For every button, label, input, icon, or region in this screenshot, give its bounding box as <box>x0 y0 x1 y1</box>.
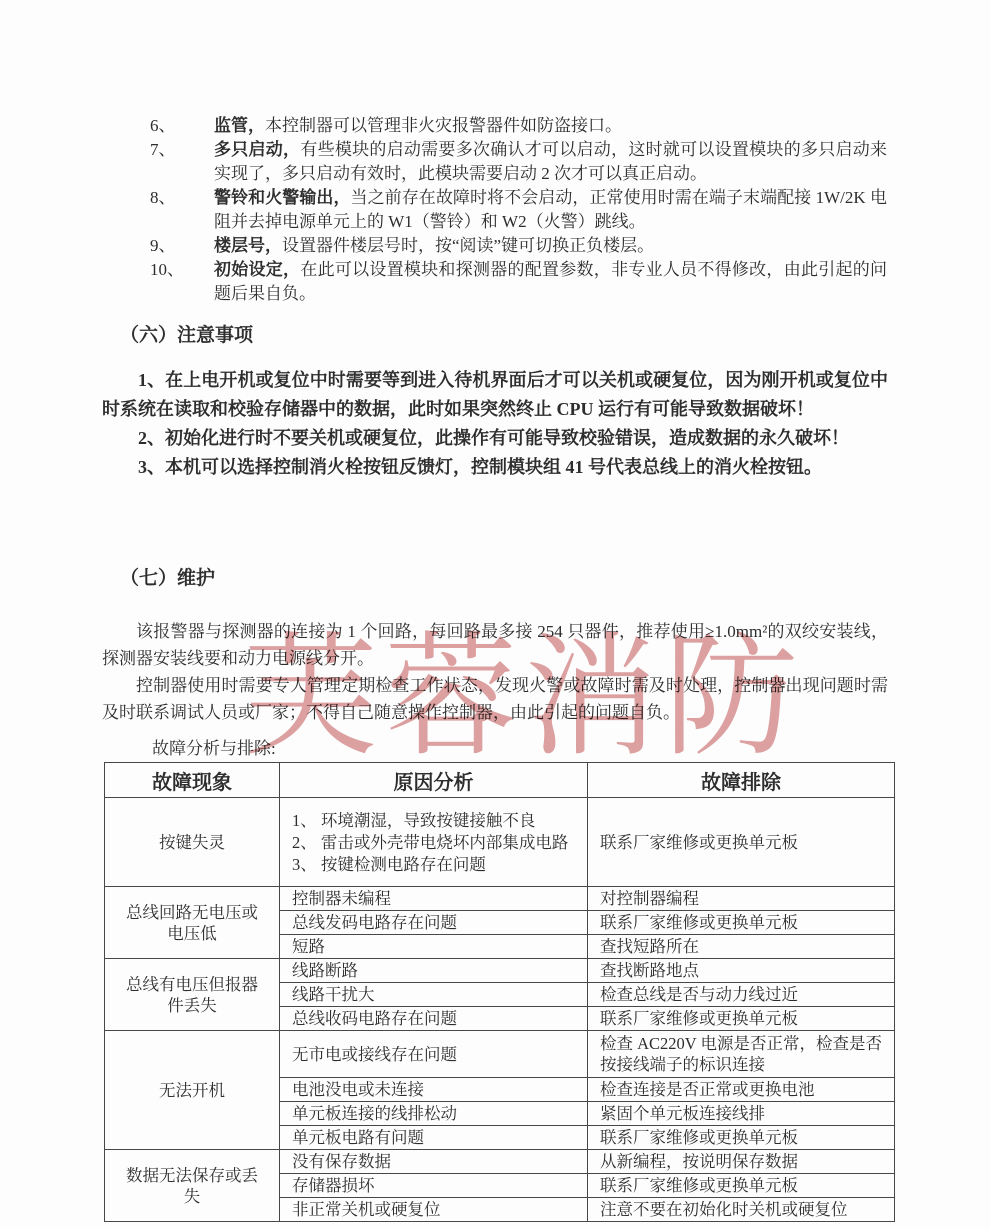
list-item: 9、楼层号，设置器件楼层号时，按“阅读”键可切换正负楼层。 <box>150 234 887 258</box>
note-paragraph: 3、本机可以选择控制消火栓按钮反馈灯，控制模块组 41 号代表总线上的消火栓按钮… <box>102 453 888 482</box>
list-item-number: 8、 <box>150 186 214 234</box>
column-header: 故障排除 <box>588 763 895 798</box>
column-header: 原因分析 <box>280 763 588 798</box>
cause-line: 2、 雷击或外壳带电烧坏内部集成电路 <box>292 832 579 853</box>
list-item-text: 楼层号，设置器件楼层号时，按“阅读”键可切换正负楼层。 <box>214 234 887 258</box>
list-item-term: 初始设定， <box>214 260 300 279</box>
remedy-cell: 紧固个单元板连接线排 <box>588 1102 895 1126</box>
list-item-text: 警铃和火警输出，当之前存在故障时将不会启动，正常使用时需在端子末端配接 1W/2… <box>214 186 887 234</box>
list-item-term: 警铃和火警输出， <box>214 188 351 207</box>
column-header: 故障现象 <box>105 763 280 798</box>
table-row: 无法开机无市电或接线存在问题检查 AC220V 电源是否正常，检查是否按接线端子… <box>105 1031 895 1078</box>
list-item-number: 6、 <box>150 114 214 138</box>
symptom-cell: 总线有电压但报器件丢失 <box>105 959 280 1031</box>
remedy-cell: 注意不要在初始化时关机或硬复位 <box>588 1198 895 1222</box>
cause-cell: 存储器损坏 <box>280 1174 588 1198</box>
list-item: 6、监管，本控制器可以管理非火灾报警器件如防盗接口。 <box>150 114 887 138</box>
remedy-cell: 检查连接是否正常或更换电池 <box>588 1078 895 1102</box>
list-item-number: 7、 <box>150 138 214 186</box>
numbered-feature-list: 6、监管，本控制器可以管理非火灾报警器件如防盗接口。7、多只启动，有些模块的启动… <box>150 114 887 306</box>
remedy-cell: 从新编程，按说明保存数据 <box>588 1150 895 1174</box>
cause-cell: 总线发码电路存在问题 <box>280 911 588 935</box>
symptom-cell: 总线回路无电压或电压低 <box>105 887 280 959</box>
notes-block: 1、在上电开机或复位中时需要等到进入待机界面后才可以关机或硬复位，因为刚开机或复… <box>102 366 888 482</box>
cause-cell: 线路干扰大 <box>280 983 588 1007</box>
cause-cell: 非正常关机或硬复位 <box>280 1198 588 1222</box>
list-item-term: 多只启动， <box>214 140 300 159</box>
table-row: 总线有电压但报器件丢失线路断路查找断路地点 <box>105 959 895 983</box>
list-item-number: 10、 <box>150 258 214 306</box>
list-item-text: 多只启动，有些模块的启动需要多次确认才可以启动，这时就可以设置模块的多只启动来实… <box>214 138 887 186</box>
symptom-cell: 数据无法保存或丢失 <box>105 1150 280 1222</box>
cause-cell: 无市电或接线存在问题 <box>280 1031 588 1078</box>
cause-cell: 1、 环境潮湿，导致按键接触不良2、 雷击或外壳带电烧坏内部集成电路3、 按键检… <box>280 798 588 887</box>
cause-line: 1、 环境潮湿，导致按键接触不良 <box>292 810 579 831</box>
list-item: 7、多只启动，有些模块的启动需要多次确认才可以启动，这时就可以设置模块的多只启动… <box>150 138 887 186</box>
remedy-cell: 查找短路所在 <box>588 935 895 959</box>
section-heading-notes: （六）注意事项 <box>120 320 253 347</box>
list-item: 8、警铃和火警输出，当之前存在故障时将不会启动，正常使用时需在端子末端配接 1W… <box>150 186 887 234</box>
remedy-cell: 检查总线是否与动力线过近 <box>588 983 895 1007</box>
cause-cell: 电池没电或未连接 <box>280 1078 588 1102</box>
list-item-text: 监管，本控制器可以管理非火灾报警器件如防盗接口。 <box>214 114 887 138</box>
cause-cell: 控制器未编程 <box>280 887 588 911</box>
maintenance-paragraph: 该报警器与探测器的连接为 1 个回路，每回路最多接 254 只器件，推荐使用≥1… <box>102 618 888 672</box>
list-item-term: 监管， <box>214 116 265 135</box>
table-row: 总线回路无电压或电压低控制器未编程对控制器编程 <box>105 887 895 911</box>
cause-cell: 单元板电路有问题 <box>280 1126 588 1150</box>
remedy-cell: 联系厂家维修或更换单元板 <box>588 1126 895 1150</box>
remedy-cell: 联系厂家维修或更换单元板 <box>588 1174 895 1198</box>
remedy-cell: 对控制器编程 <box>588 887 895 911</box>
note-paragraph: 1、在上电开机或复位中时需要等到进入待机界面后才可以关机或硬复位，因为刚开机或复… <box>102 366 888 424</box>
fault-table: 故障现象原因分析故障排除按键失灵1、 环境潮湿，导致按键接触不良2、 雷击或外壳… <box>104 762 895 1222</box>
table-row: 按键失灵1、 环境潮湿，导致按键接触不良2、 雷击或外壳带电烧坏内部集成电路3、… <box>105 798 895 887</box>
cause-cell: 单元板连接的线排松动 <box>280 1102 588 1126</box>
table-row: 数据无法保存或丢失没有保存数据从新编程，按说明保存数据 <box>105 1150 895 1174</box>
maintenance-paragraphs: 该报警器与探测器的连接为 1 个回路，每回路最多接 254 只器件，推荐使用≥1… <box>102 618 888 726</box>
note-paragraph: 2、初始化进行时不要关机或硬复位，此操作有可能导致校验错误，造成数据的永久破坏！ <box>102 424 888 453</box>
section-heading-maintenance: （七）维护 <box>120 563 215 590</box>
remedy-cell: 检查 AC220V 电源是否正常，检查是否按接线端子的标识连接 <box>588 1031 895 1078</box>
symptom-cell: 无法开机 <box>105 1031 280 1150</box>
cause-cell: 总线收码电路存在问题 <box>280 1007 588 1031</box>
table-head: 故障现象原因分析故障排除 <box>105 763 895 798</box>
remedy-cell: 联系厂家维修或更换单元板 <box>588 798 895 887</box>
cause-cell: 没有保存数据 <box>280 1150 588 1174</box>
document-page: 6、监管，本控制器可以管理非火灾报警器件如防盗接口。7、多只启动，有些模块的启动… <box>0 0 990 1229</box>
table-header-row: 故障现象原因分析故障排除 <box>105 763 895 798</box>
remedy-cell: 联系厂家维修或更换单元板 <box>588 911 895 935</box>
maintenance-paragraph: 控制器使用时需要专人管理定期检查工作状态，发现火警或故障时需及时处理，控制器出现… <box>102 672 888 726</box>
list-item-number: 9、 <box>150 234 214 258</box>
remedy-cell: 查找断路地点 <box>588 959 895 983</box>
list-item-text: 初始设定，在此可以设置模块和探测器的配置参数，非专业人员不得修改，由此引起的问题… <box>214 258 887 306</box>
list-item-term: 楼层号， <box>214 236 282 255</box>
table-body: 按键失灵1、 环境潮湿，导致按键接触不良2、 雷击或外壳带电烧坏内部集成电路3、… <box>105 798 895 1222</box>
cause-line: 3、 按键检测电路存在问题 <box>292 854 579 875</box>
remedy-cell: 联系厂家维修或更换单元板 <box>588 1007 895 1031</box>
list-item: 10、初始设定，在此可以设置模块和探测器的配置参数，非专业人员不得修改，由此引起… <box>150 258 887 306</box>
cause-cell: 短路 <box>280 935 588 959</box>
fault-analysis-label: 故障分析与排除: <box>152 734 276 759</box>
cause-cell: 线路断路 <box>280 959 588 983</box>
symptom-cell: 按键失灵 <box>105 798 280 887</box>
